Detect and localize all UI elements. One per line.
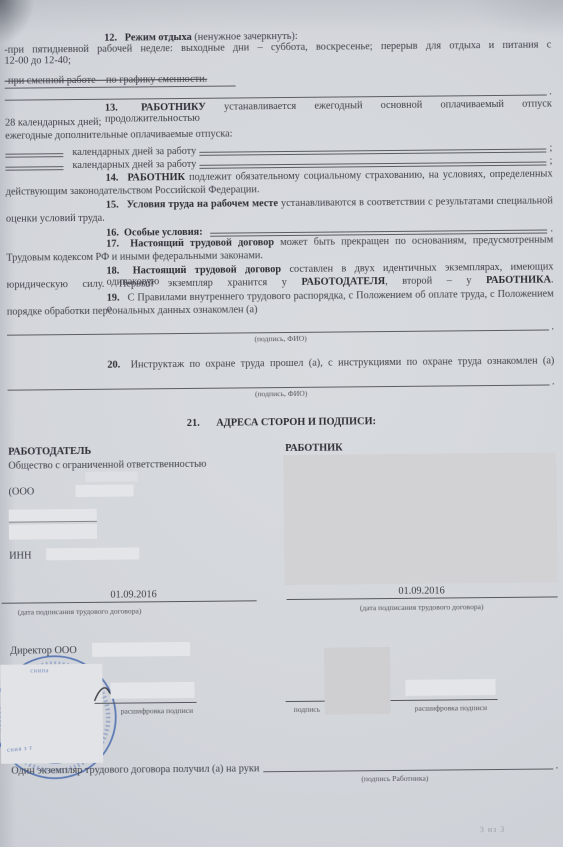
clause-text: Трудовым кодексом РФ и иными федеральным…	[6, 250, 263, 263]
clause-number: 12.	[104, 33, 117, 44]
heading-text: РАБОТОДАТЕЛЬ	[8, 446, 91, 458]
clause-title: Настоящий трудовой договор	[130, 237, 274, 249]
org-type-text: Общество с ограниченной ответственностью	[8, 459, 206, 472]
clause-title: Условия труда на рабочем месте	[127, 198, 278, 210]
caption-text: подпись	[294, 705, 321, 714]
ooo-prefix: (ООО	[9, 486, 35, 497]
page-note-text: 3 из 3	[480, 825, 506, 834]
clause-number: 13.	[105, 103, 118, 114]
caption-text: (подпись, ФИО)	[254, 334, 306, 344]
clause-text: Инструктаж по охране труда прошел (а), с…	[131, 355, 555, 370]
trailing-semicolon: ;	[550, 155, 553, 166]
days-blank	[5, 153, 63, 158]
clause-21-heading: 21. АДРЕСА СТОРОН И ПОДПИСИ:	[8, 414, 555, 432]
heading-text: РАБОТНИК	[285, 442, 343, 454]
redaction-block	[324, 647, 391, 715]
clause-number: 20.	[107, 360, 120, 371]
redaction-block	[85, 471, 137, 481]
work-blank	[199, 162, 546, 169]
final-caption: (подпись Работника)	[361, 773, 428, 785]
clause-title: Настоящий трудовой договор	[133, 264, 281, 276]
date-value: 01.09.2016	[398, 586, 444, 597]
employer-date-caption: (дата подписания трудового договора)	[18, 605, 142, 617]
clause-number: 21.	[187, 418, 200, 429]
blank-rule	[263, 768, 553, 772]
clause-number: 19.	[107, 293, 120, 304]
clause-text: может быть прекращен по основаниям, пред…	[280, 234, 553, 248]
trailing-period: .	[556, 760, 559, 771]
trailing-period: .	[549, 86, 552, 97]
trailing-period: .	[550, 223, 553, 234]
redaction-block	[405, 679, 495, 696]
days-blank	[5, 166, 63, 171]
trailing-period: .	[551, 274, 554, 285]
clause-text: порядке обработки персональных данных оз…	[7, 304, 258, 317]
caption-text: (дата подписания трудового договора)	[18, 606, 142, 616]
caption-text: (подпись Работника)	[361, 774, 428, 784]
employee-word: РАБОТНИКА	[486, 274, 551, 286]
employer-word: РАБОТОДАТЕЛЯ	[301, 276, 385, 288]
redaction-block	[9, 524, 97, 540]
clause-text: подлежит обязательному социальному страх…	[189, 168, 553, 182]
employee-heading: РАБОТНИК	[285, 442, 343, 454]
clause-text: 28 календарных дней;	[5, 117, 102, 129]
clause-number: 17.	[106, 239, 119, 250]
clause-text: , второй – у	[385, 275, 471, 287]
strikethrough-text: -при сменной работе – по графику сменнос…	[5, 74, 208, 87]
employer-sign-caption: расшифровка подписи	[121, 705, 194, 717]
clause-text: действующим законодательством Российской…	[6, 184, 260, 197]
clause-title: Режим отдыха	[125, 32, 192, 44]
employee-sign-caption: подпись	[294, 704, 321, 715]
blank-row-label: календарных дней за работу	[72, 159, 196, 171]
date-value: 01.09.2016	[110, 589, 156, 600]
inn-label: ИНН	[9, 550, 31, 561]
caption-text: расшифровка подписи	[121, 706, 194, 716]
stamp-text-fragment: снипа	[30, 665, 49, 676]
redaction-block	[9, 509, 97, 523]
clause-text: оценки условий труда.	[6, 213, 105, 225]
redaction-block	[46, 547, 139, 560]
clause-20-line-1: 20. Инструктаж по охране труда прошел (а…	[7, 355, 554, 373]
director-label: Директор ООО	[10, 645, 77, 657]
redaction-block	[110, 682, 194, 699]
underline-blank: -при сменной работе – по графику сменнос…	[5, 73, 236, 88]
signature-rule	[393, 699, 498, 701]
redaction-block	[283, 452, 557, 585]
clause-title: Особые условия:	[124, 227, 203, 239]
clause-text: юридическую силу. Первый экземпляр храни…	[7, 277, 287, 291]
clause-text: устанавливаются в соответствии с результ…	[281, 195, 553, 209]
clause-number: 15.	[106, 200, 119, 211]
redaction-block	[92, 642, 190, 657]
caption-text: (подпись, ФИО)	[255, 389, 307, 399]
caption-text: расшифровка подписи	[415, 703, 488, 713]
clause-title: РАБОТНИК	[127, 172, 185, 184]
copy-received-text: Один экземпляр трудового договора получи…	[11, 763, 259, 776]
employee-decrypt-caption: расшифровка подписи	[415, 702, 488, 714]
page-number-note: 3 из 3	[480, 824, 506, 835]
clause-text: 12-00 до 12-40;	[4, 55, 71, 67]
clause-text: ежегодные дополнительные оплачиваемые от…	[5, 129, 233, 142]
signature-rule	[95, 702, 197, 704]
clause-number: 18.	[106, 266, 119, 277]
redaction-block	[76, 484, 134, 497]
trailing-semicolon: ;	[549, 142, 552, 153]
clause-title: РАБОТНИКУ	[141, 102, 206, 114]
employee-date-caption: (дата подписания трудового договора)	[287, 600, 557, 614]
clause-number: 14.	[106, 173, 119, 184]
contract-page: 12. Режим отдыха (ненужное зачеркнуть): …	[4, 0, 559, 847]
clause-number: 16.	[106, 228, 119, 239]
caption-text: (дата подписания трудового договора)	[360, 602, 484, 612]
section-title: АДРЕСА СТОРОН И ПОДПИСИ:	[216, 416, 376, 429]
